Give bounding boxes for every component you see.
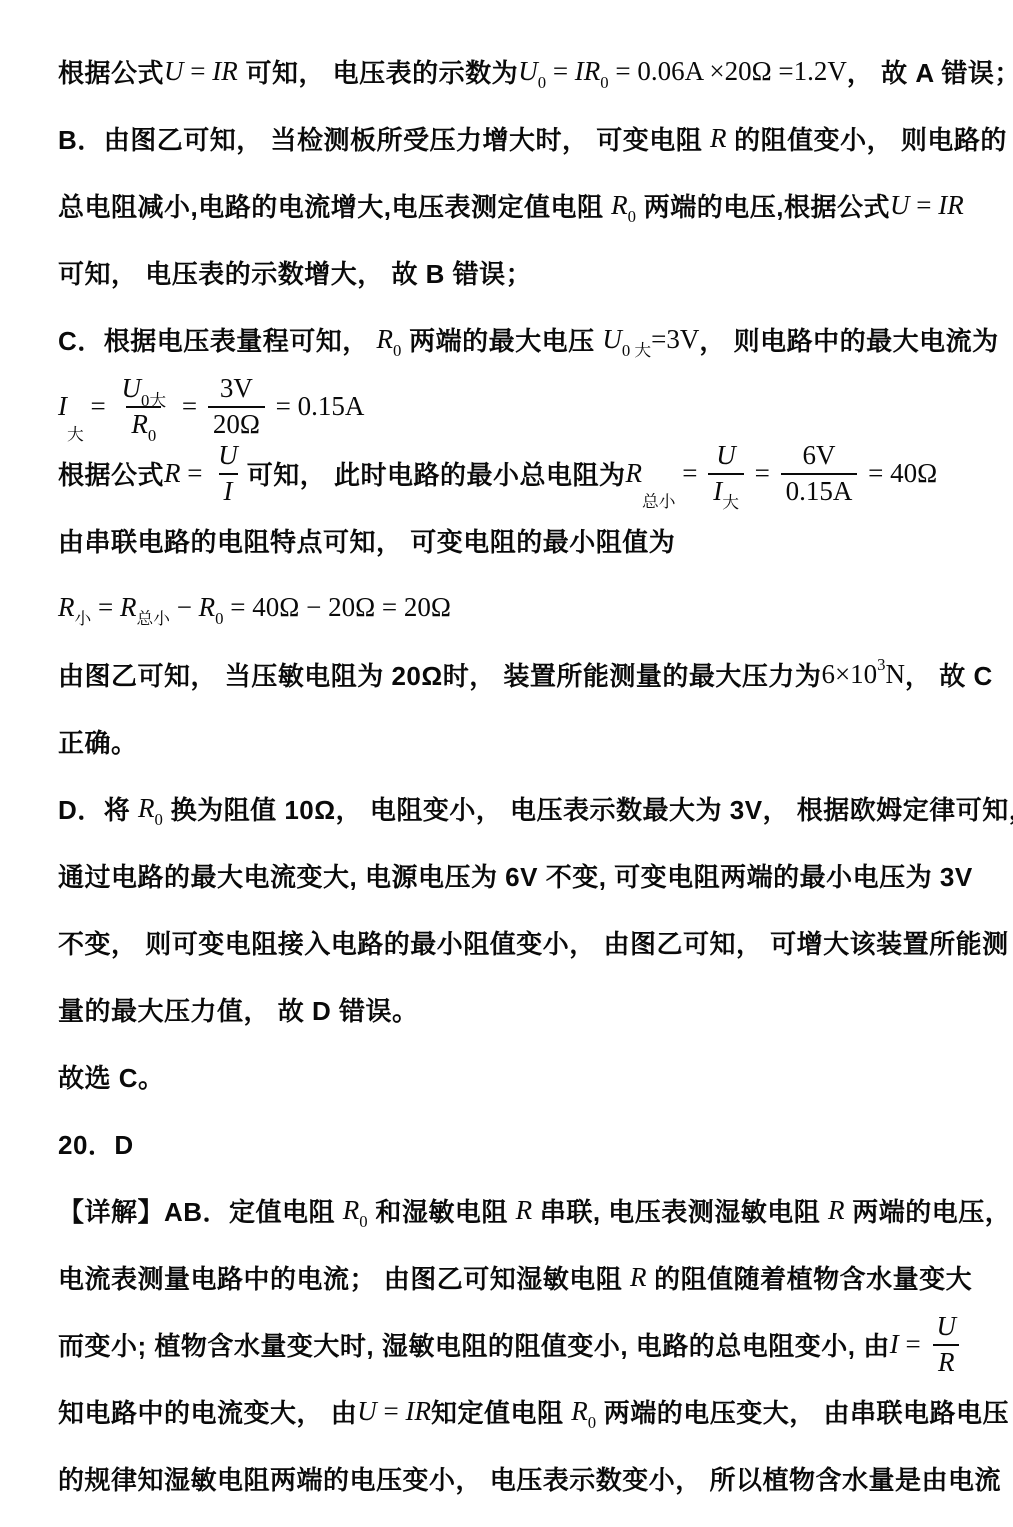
math-run: R (828, 1195, 845, 1226)
text-run: 根据公式 (58, 53, 164, 90)
text-run: 串联, 电压表测湿敏电阻 (532, 1192, 828, 1229)
text-run: 可知， 电压表的示数为 (238, 53, 518, 90)
text-run: 故选 C。 (58, 1058, 165, 1095)
math-variable: R (120, 592, 137, 623)
subscript: 0 (588, 1413, 596, 1433)
math-roman: N (886, 659, 906, 690)
math-roman: = (910, 190, 939, 221)
text-run: 的阻值随着植物含水量变大 (646, 1259, 972, 1296)
math-roman: = (748, 458, 777, 489)
math-run: 6×103N (821, 659, 905, 690)
text-run: 两端的电压， (845, 1192, 1012, 1229)
math-variable: R (571, 1396, 588, 1427)
math-variable: I (713, 476, 722, 507)
math-variable: IR (212, 56, 237, 87)
subscript: 0 (359, 1212, 367, 1232)
text-run: 通过电路的最大电流变大, 电源电压为 6V 不变, 可变电阻两端的最小电压为 3… (58, 857, 973, 894)
math-variable: R (199, 592, 216, 623)
text-line: D．将 R0 换为阻值 10Ω， 电阻变小， 电压表示数最大为 3V， 根据欧姆… (58, 775, 957, 842)
text-line: 不变， 则可变电阻接入电路的最小阻值变小， 由图乙可知， 可增大该装置所能测 (58, 909, 957, 976)
math-variable: U (602, 324, 622, 355)
math-variable: U (121, 373, 141, 404)
text-run: ， 则电路中的最大电流为 (699, 321, 998, 358)
math-run: I大 = U0大R0 = 3V20Ω = 0.15A (58, 373, 364, 439)
math-roman: = 0.15A (269, 391, 364, 422)
text-run: ， 故 A 错误； (847, 53, 1013, 90)
text-line: 通过电路的最大电流变大, 电源电压为 6V 不变, 可变电阻两端的最小电压为 3… (58, 842, 957, 909)
math-run: U = IR (164, 56, 238, 87)
math-roman: − (170, 592, 199, 623)
text-run: 换为阻值 10Ω， 电阻变小， 电压表示数最大为 3V， 根据欧姆定律可知， (163, 790, 1013, 827)
math-variable: R (611, 190, 628, 221)
text-run: 可知， 此时电路的最小总电阻为 (247, 455, 626, 492)
text-run: 20．D (58, 1125, 134, 1162)
text-line: 根据公式R = UI可知， 此时电路的最小总电阻为R总小 = UI大 = 6V0… (58, 440, 957, 507)
math-variable: R (630, 1262, 647, 1293)
text-line: 由图乙可知， 当压敏电阻为 20Ω时， 装置所能测量的最大压力为6×103N， … (58, 641, 957, 708)
math-run: R = UI (164, 440, 247, 506)
math-run: R (516, 1195, 533, 1226)
text-line: 总电阻减小,电路的电流增大,电压表测定值电阻 R0 两端的电压,根据公式U = … (58, 172, 957, 239)
formula-line: R小 = R总小 − R0 = 40Ω − 20Ω = 20Ω (58, 574, 957, 641)
fraction: UI (213, 440, 243, 506)
text-run: ， 故 C (905, 656, 993, 693)
math-run: I = UR (890, 1311, 965, 1377)
math-variable: R (164, 458, 181, 489)
text-line: C．根据电压表量程可知， R0 两端的最大电压 U0 大=3V， 则电路中的最大… (58, 306, 957, 373)
subscript: 0 (155, 810, 163, 830)
text-run: 不变， 则可变电阻接入电路的最小阻值变小， 由图乙可知， 可增大该装置所能测 (58, 924, 1009, 961)
math-variable: R (710, 123, 727, 154)
text-run: D．将 (58, 790, 138, 827)
math-roman: = (184, 56, 213, 87)
math-variable: R (138, 793, 155, 824)
fraction: 6V0.15A (781, 440, 858, 506)
text-run: 由图乙可知， 当压敏电阻为 20Ω时， 装置所能测量的最大压力为 (58, 656, 821, 693)
subscript: 0 (215, 609, 223, 629)
text-line: 故选 C。 (58, 1043, 957, 1110)
subscript: 0大 (141, 391, 166, 410)
text-run: 的阻值变小， 则电路的 (726, 120, 1006, 157)
math-variable: R (516, 1195, 533, 1226)
math-variable: U (518, 56, 538, 87)
math-roman: 0.15A (786, 476, 853, 507)
subscript: 0 (148, 426, 156, 445)
math-run: R (630, 1262, 647, 1293)
text-line: 的规律知湿敏电阻两端的电压变小， 电压表示数变小， 所以植物含水量是由电流 (58, 1445, 957, 1512)
text-run: 和湿敏电阻 (368, 1192, 516, 1229)
math-roman: 6×10 (821, 659, 877, 690)
math-variable: U (357, 1396, 377, 1427)
math-run: R0 (377, 324, 402, 355)
text-line: 可知， 电压表的示数增大， 故 B 错误； (58, 239, 957, 306)
text-line: 正确。 (58, 708, 957, 775)
fraction: UI大 (708, 440, 744, 506)
subscript: 0 (538, 73, 546, 93)
math-variable: I (224, 476, 233, 507)
fraction: 3V20Ω (208, 373, 265, 439)
document-page: 根据公式U = IR 可知， 电压表的示数为U0 = IR0 = 0.06A ×… (0, 0, 1013, 1527)
math-run: R0 (611, 190, 636, 221)
math-variable: R (938, 1347, 955, 1378)
text-line: 量的最大压力值， 故 D 错误。 (58, 976, 957, 1043)
math-roman: = (546, 56, 575, 87)
subscript: 小 (75, 605, 92, 629)
math-roman: = (91, 592, 120, 623)
text-run: 两端的最大电压 (401, 321, 602, 358)
math-roman: = 0.06A ×20Ω =1.2V (609, 56, 847, 87)
subscript: 大 (67, 421, 84, 445)
math-run: U0 = IR0 = 0.06A ×20Ω =1.2V (518, 56, 847, 87)
math-roman: 20Ω (213, 409, 260, 440)
math-run: R0 (343, 1195, 368, 1226)
text-run: 可知， 电压表的示数增大， 故 B 错误； (58, 254, 532, 291)
math-variable: I (58, 391, 67, 422)
text-run: C．根据电压表量程可知， (58, 321, 377, 358)
math-variable: R (828, 1195, 845, 1226)
fraction: U0大R0 (116, 373, 171, 439)
math-variable: U (218, 440, 238, 471)
math-roman: =3V (651, 324, 699, 355)
text-line: B．由图乙可知， 当检测板所受压力增大时， 可变电阻 R 的阻值变小， 则电路的 (58, 105, 957, 172)
math-variable: R (377, 324, 394, 355)
math-roman: 3V (220, 373, 253, 404)
math-variable: R (131, 409, 148, 440)
math-roman: 6V (803, 440, 836, 471)
text-run: 电流表测量电路中的电流； 由图乙可知湿敏电阻 (58, 1259, 630, 1296)
subscript: 大 (722, 493, 739, 512)
text-line: 20．D (58, 1110, 957, 1177)
text-run: 知电路中的电流变大， 由 (58, 1393, 357, 1430)
text-line: 由串联电路的电阻特点可知， 可变电阻的最小阻值为 (58, 507, 957, 574)
formula-line: I大 = U0大R0 = 3V20Ω = 0.15A (58, 373, 957, 440)
math-variable: U (890, 190, 910, 221)
math-run: U = IR (890, 190, 964, 221)
text-run: 总电阻减小,电路的电流增大,电压表测定值电阻 (58, 187, 611, 224)
text-run: 由串联电路的电阻特点可知， 可变电阻的最小阻值为 (58, 522, 675, 559)
text-run: 而变小; 植物含水量变大时, 湿敏电阻的阻值变小, 电路的总电阻变小, 由 (58, 1326, 890, 1363)
math-run: R总小 = UI大 = 6V0.15A = 40Ω (625, 440, 937, 506)
text-run: 量的最大压力值， 故 D 错误。 (58, 991, 418, 1028)
subscript: 0 (628, 207, 636, 227)
math-run: U = IR (357, 1396, 431, 1427)
text-line: 电流表测量电路中的电流； 由图乙可知湿敏电阻 R 的阻值随着植物含水量变大 (58, 1244, 957, 1311)
math-run: R (710, 123, 727, 154)
math-roman: = (181, 458, 210, 489)
math-roman: = (377, 1396, 406, 1427)
math-variable: U (716, 440, 736, 471)
text-run: 根据公式 (58, 455, 164, 492)
math-run: R0 (571, 1396, 596, 1427)
text-run: 两端的电压变大， 由串联电路电压 (596, 1393, 1009, 1430)
text-run: 正确。 (58, 723, 138, 760)
math-roman: = 40Ω (861, 458, 937, 489)
math-run: U0 大=3V (602, 324, 699, 355)
math-variable: IR (575, 56, 600, 87)
text-run: 知定值电阻 (431, 1393, 571, 1430)
subscript: 0 (600, 73, 608, 93)
math-variable: R (343, 1195, 360, 1226)
math-roman: = (899, 1329, 928, 1360)
subscript: 0 (393, 341, 401, 361)
text-run: 两端的电压,根据公式 (636, 187, 890, 224)
text-line: 而变小; 植物含水量变大时, 湿敏电阻的阻值变小, 电路的总电阻变小, 由I =… (58, 1311, 957, 1378)
math-variable: U (164, 56, 184, 87)
superscript: 3 (877, 655, 885, 675)
subscript: 0 大 (622, 337, 651, 361)
math-variable: IR (405, 1396, 430, 1427)
text-line: 知电路中的电流变大， 由U = IR知定值电阻 R0 两端的电压变大， 由串联电… (58, 1378, 957, 1445)
math-roman: = (675, 458, 704, 489)
fraction: UR (931, 1311, 961, 1377)
text-run: 【详解】AB．定值电阻 (58, 1192, 343, 1229)
math-variable: R (625, 458, 642, 489)
math-variable: U (936, 1311, 956, 1342)
math-run: R0 (138, 793, 163, 824)
subscript: 总小 (642, 488, 675, 512)
math-variable: R (58, 592, 75, 623)
math-roman: = 40Ω − 20Ω = 20Ω (224, 592, 451, 623)
math-run: R小 = R总小 − R0 = 40Ω − 20Ω = 20Ω (58, 592, 451, 623)
math-roman: = (84, 391, 113, 422)
text-run: 的规律知湿敏电阻两端的电压变小， 电压表示数变小， 所以植物含水量是由电流 (58, 1460, 1001, 1497)
math-variable: IR (938, 190, 963, 221)
text-line: 根据公式U = IR 可知， 电压表的示数为U0 = IR0 = 0.06A ×… (58, 38, 957, 105)
math-roman: = (175, 391, 204, 422)
text-line: 【详解】AB．定值电阻 R0 和湿敏电阻 R 串联, 电压表测湿敏电阻 R 两端… (58, 1177, 957, 1244)
text-run: B．由图乙可知， 当检测板所受压力增大时， 可变电阻 (58, 120, 710, 157)
subscript: 总小 (136, 605, 169, 629)
math-variable: I (890, 1329, 899, 1360)
